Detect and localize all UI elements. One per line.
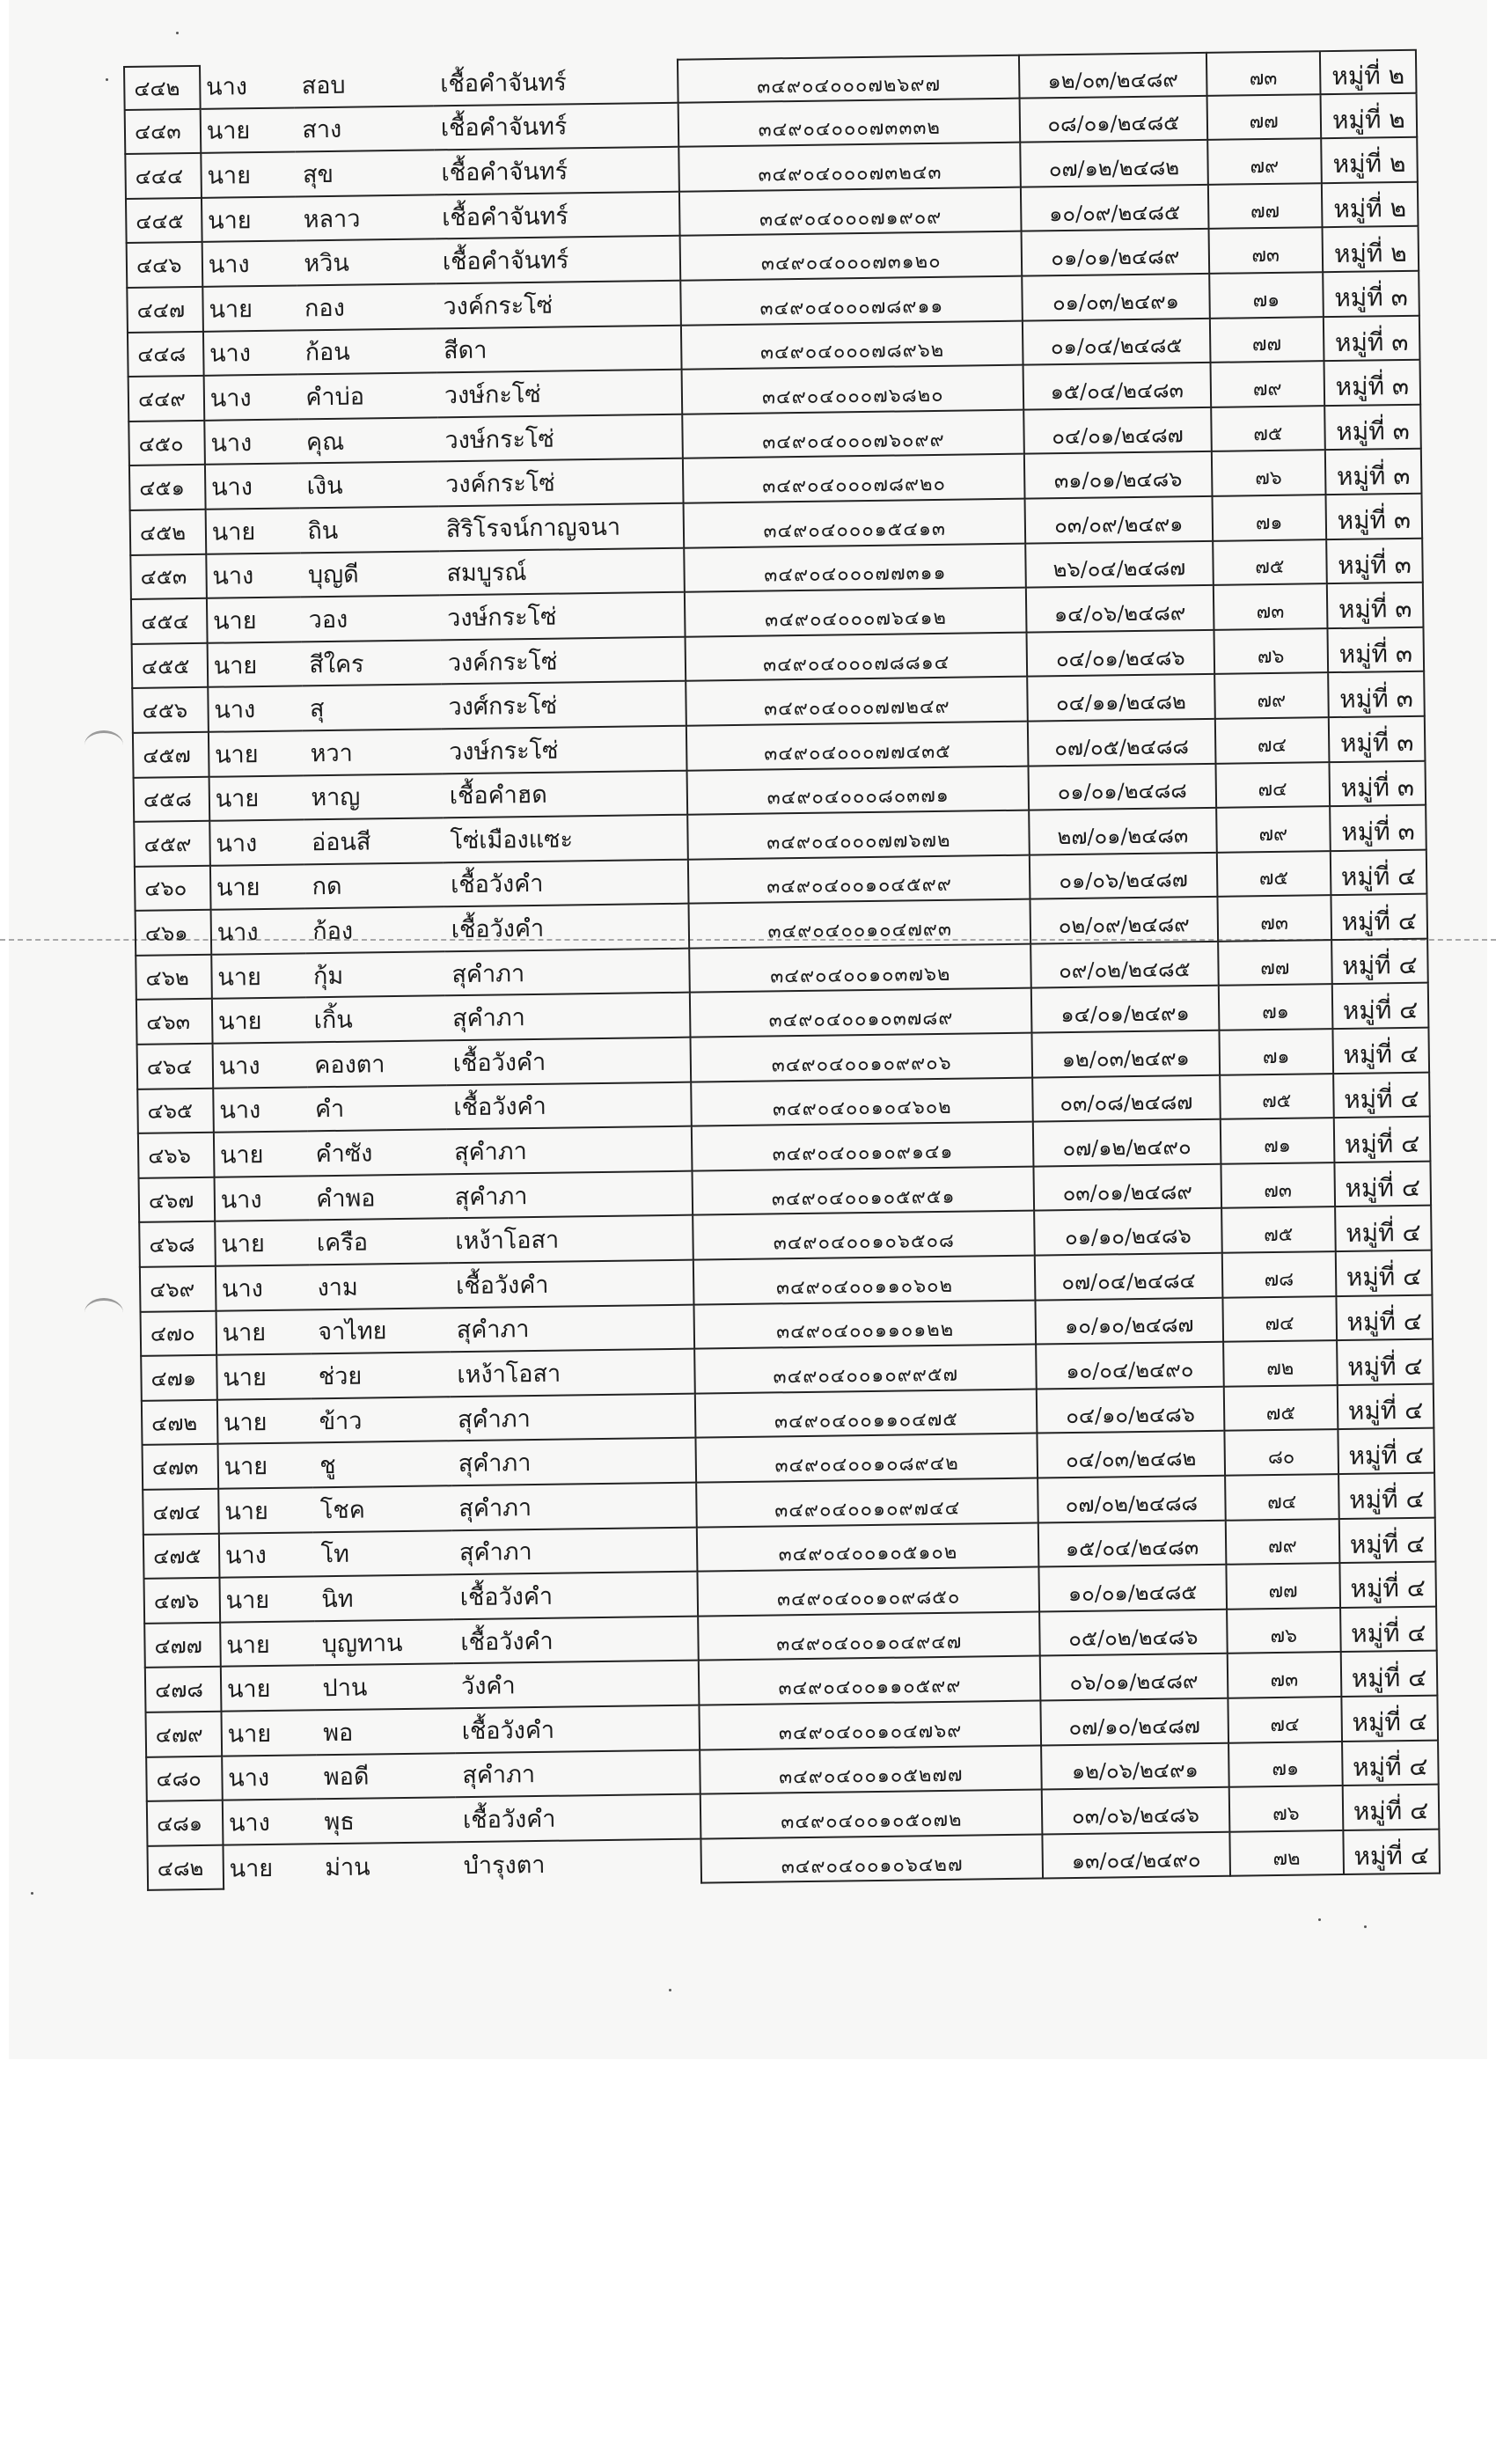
last-name: วงศ์กระโซ่ bbox=[441, 682, 686, 730]
id-number: ๓๔๙๐๔๐๐๐๗๗๖๗๒ bbox=[687, 811, 1029, 861]
age: ๗๙ bbox=[1214, 673, 1328, 719]
row-number: ๔๔๙ bbox=[128, 377, 205, 422]
age: ๗๑ bbox=[1228, 1742, 1342, 1788]
age: ๗๘ bbox=[1221, 1252, 1335, 1298]
name-title: นาย bbox=[202, 153, 296, 199]
village: หมู่ที่ ๒ bbox=[1320, 138, 1419, 184]
birth-date: ๑๓/๐๔/๒๔๙๐ bbox=[1042, 1832, 1229, 1879]
row-number: ๔๕๔ bbox=[130, 599, 208, 645]
birth-date: ๑๐/๑๐/๒๔๘๗ bbox=[1035, 1298, 1222, 1345]
id-number: ๓๔๙๐๔๐๐๑๐๖๔๒๗ bbox=[700, 1835, 1042, 1884]
birth-date: ๑๕/๐๔/๒๔๘๓ bbox=[1038, 1521, 1225, 1567]
first-name: กุ้ม bbox=[306, 952, 445, 999]
name-title: นาย bbox=[222, 1711, 316, 1756]
age: ๗๓ bbox=[1205, 50, 1319, 96]
last-name: สุคำภา bbox=[455, 1750, 700, 1798]
id-number: ๓๔๙๐๔๐๐๐๗๖๔๑๒ bbox=[684, 589, 1025, 638]
age: ๗๒ bbox=[1222, 1341, 1337, 1387]
first-name: พอดี bbox=[317, 1754, 456, 1800]
birth-date: ๐๑/๐๔/๒๔๘๕ bbox=[1022, 319, 1209, 365]
last-name: สุคำภา bbox=[449, 1305, 693, 1353]
id-number: ๓๔๙๐๔๐๐๑๐๕๐๗๒ bbox=[700, 1791, 1041, 1840]
last-name: สุคำภา bbox=[447, 1127, 692, 1175]
id-number: ๓๔๙๐๔๐๐๑๐๓๗๘๙ bbox=[689, 989, 1030, 1038]
first-name: วอง bbox=[301, 596, 440, 642]
row-number: ๔๖๘ bbox=[138, 1222, 216, 1268]
scan-speck bbox=[31, 1892, 33, 1895]
row-number: ๔๕๖ bbox=[131, 688, 209, 734]
last-name: วงษ์กระโซ่ bbox=[442, 727, 686, 774]
row-number: ๔๗๕ bbox=[143, 1534, 220, 1580]
row-number: ๔๖๑ bbox=[135, 911, 212, 957]
name-title: นาย bbox=[211, 865, 305, 911]
village: หมู่ที่ ๔ bbox=[1332, 1073, 1431, 1118]
last-name: วงษ์กระโซ่ bbox=[440, 593, 685, 641]
row-number: ๔๖๗ bbox=[138, 1178, 216, 1224]
last-name: เชื้อวังคำ bbox=[452, 1573, 697, 1620]
last-name: เชื้อวังคำ bbox=[444, 905, 688, 952]
last-name: สุคำภา bbox=[451, 1394, 695, 1441]
last-name: เชื้อคำจันทร์ bbox=[433, 59, 678, 106]
row-number: ๔๗๒ bbox=[141, 1401, 218, 1447]
age: ๗๗ bbox=[1217, 941, 1331, 986]
village: หมู่ที่ ๔ bbox=[1338, 1474, 1436, 1520]
birth-date: ๑๐/๐๔/๒๔๙๐ bbox=[1035, 1343, 1222, 1390]
age: ๗๕ bbox=[1219, 1074, 1333, 1120]
row-number: ๔๔๓ bbox=[124, 109, 202, 155]
age: ๗๗ bbox=[1225, 1564, 1339, 1610]
last-name: เชื้อวังคำ bbox=[454, 1706, 699, 1754]
birth-date: ๐๑/๑๐/๒๔๘๖ bbox=[1033, 1209, 1221, 1256]
village: หมู่ที่ ๔ bbox=[1340, 1697, 1439, 1742]
row-number: ๔๖๕ bbox=[136, 1089, 214, 1134]
name-title: นาย bbox=[209, 776, 304, 822]
last-name: สิริโรจน์กาญจนา bbox=[439, 504, 684, 552]
age: ๗๗ bbox=[1206, 95, 1320, 141]
first-name: สุ bbox=[303, 686, 442, 732]
name-title: นาง bbox=[223, 1756, 317, 1801]
id-number: ๓๔๙๐๔๐๐๐๗๑๙๐๙ bbox=[678, 187, 1020, 237]
first-name: โชค bbox=[313, 1486, 452, 1533]
id-number: ๓๔๙๐๔๐๐๑๐๕๑๐๒ bbox=[696, 1523, 1038, 1573]
birth-date: ๐๔/๐๑/๒๔๘๗ bbox=[1023, 408, 1210, 455]
village: หมู่ที่ ๓ bbox=[1326, 583, 1425, 629]
row-number: ๔๖๖ bbox=[137, 1133, 215, 1179]
row-number: ๔๖๐ bbox=[134, 866, 211, 912]
id-number: ๓๔๙๐๔๐๐๑๐๙๘๕๐ bbox=[697, 1568, 1038, 1617]
village: หมู่ที่ ๓ bbox=[1325, 539, 1424, 584]
last-name: วังคำ bbox=[454, 1661, 699, 1709]
id-number: ๓๔๙๐๔๐๐๐๗๘๘๑๔ bbox=[685, 633, 1026, 682]
village: หมู่ที่ ๓ bbox=[1323, 316, 1421, 362]
name-title: นาง bbox=[216, 1265, 311, 1311]
name-title: นาย bbox=[213, 999, 307, 1045]
first-name: คำ bbox=[308, 1086, 447, 1133]
birth-date: ๐๗/๑๒/๒๔๙๐ bbox=[1032, 1120, 1220, 1167]
first-name: จาไทย bbox=[311, 1309, 450, 1355]
name-title: นาย bbox=[218, 1444, 312, 1490]
last-name: เชื้อคำจันทร์ bbox=[435, 193, 679, 240]
age: ๘๐ bbox=[1223, 1430, 1338, 1476]
birth-date: ๐๑/๐๑/๒๔๘๙ bbox=[1021, 230, 1208, 276]
village: หมู่ที่ ๔ bbox=[1331, 984, 1430, 1030]
last-name: โซ่เมืองแซะ bbox=[443, 816, 687, 863]
id-number: ๓๔๙๐๔๐๐๑๐๙๗๔๔ bbox=[696, 1479, 1038, 1529]
first-name: เกิ้น bbox=[306, 997, 445, 1044]
first-name: ก้อน bbox=[297, 329, 436, 376]
age: ๗๗ bbox=[1206, 184, 1321, 230]
id-number: ๓๔๙๐๔๐๐๐๗๓๑๒๐ bbox=[679, 232, 1021, 282]
birth-date: ๑๔/๐๖/๒๔๘๙ bbox=[1025, 586, 1213, 633]
birth-date: ๐๓/๐๙/๒๔๙๑ bbox=[1024, 497, 1212, 544]
age: ๗๔ bbox=[1221, 1297, 1336, 1343]
last-name: วงษ์กระโซ่ bbox=[437, 414, 682, 462]
village: หมู่ที่ ๓ bbox=[1323, 361, 1421, 407]
name-title: นาย bbox=[203, 286, 297, 332]
last-name: เชื้อคำจันทร์ bbox=[436, 237, 680, 284]
birth-date: ๑๒/๐๓/๒๔๘๙ bbox=[1018, 52, 1206, 99]
last-name: เชื้อคำฮด bbox=[442, 771, 686, 818]
village: หมู่ที่ ๔ bbox=[1333, 1118, 1432, 1163]
age: ๗๖ bbox=[1210, 451, 1324, 497]
last-name: สุคำภา bbox=[452, 1528, 697, 1575]
punch-hole-top bbox=[84, 730, 123, 759]
age: ๗๔ bbox=[1214, 763, 1329, 809]
row-number: ๔๖๒ bbox=[135, 956, 212, 1001]
name-title: นาย bbox=[201, 108, 295, 154]
first-name: กอง bbox=[297, 284, 436, 331]
first-name: ก้อง bbox=[305, 908, 444, 955]
village: หมู่ที่ ๔ bbox=[1335, 1251, 1434, 1297]
row-number: ๔๔๕ bbox=[125, 199, 202, 245]
name-title: นาย bbox=[208, 598, 302, 644]
row-number: ๔๗๘ bbox=[144, 1668, 222, 1713]
age: ๗๒ bbox=[1228, 1831, 1343, 1877]
scan-speck bbox=[106, 78, 108, 81]
row-number: ๔๔๒ bbox=[123, 65, 201, 111]
name-title: นาย bbox=[224, 1844, 318, 1890]
id-number: ๓๔๙๐๔๐๐๑๐๙๑๔๑ bbox=[691, 1123, 1032, 1172]
name-title: นาย bbox=[206, 509, 300, 554]
village: หมู่ที่ ๔ bbox=[1330, 850, 1428, 896]
name-title: นาย bbox=[215, 1133, 309, 1178]
age: ๗๙ bbox=[1215, 807, 1330, 853]
name-title: นาง bbox=[213, 1043, 307, 1089]
village: หมู่ที่ ๓ bbox=[1328, 761, 1426, 807]
birth-date: ๑๒/๐๖/๒๔๙๑ bbox=[1040, 1743, 1228, 1790]
id-number: ๓๔๙๐๔๐๐๐๗๓๒๔๓ bbox=[678, 143, 1020, 193]
birth-date: ๑๐/๐๑/๒๔๘๕ bbox=[1038, 1566, 1226, 1612]
last-name: บำรุงตา bbox=[456, 1839, 700, 1887]
village: หมู่ที่ ๔ bbox=[1337, 1429, 1435, 1475]
id-number: ๓๔๙๐๔๐๐๑๐๔๕๙๙ bbox=[687, 855, 1029, 905]
first-name: สอบ bbox=[294, 62, 433, 108]
name-title: นาง bbox=[205, 420, 299, 466]
birth-date: ๐๑/๐๑/๒๔๘๘ bbox=[1028, 764, 1215, 810]
name-title: นาย bbox=[219, 1488, 313, 1534]
first-name: เครือ bbox=[310, 1220, 449, 1266]
age: ๗๕ bbox=[1215, 852, 1330, 898]
row-number: ๔๗๙ bbox=[145, 1712, 223, 1758]
last-name: เชื้อวังคำ bbox=[446, 1082, 691, 1130]
age: ๗๕ bbox=[1221, 1208, 1335, 1254]
row-number: ๔๗๑ bbox=[140, 1356, 217, 1402]
village: หมู่ที่ ๒ bbox=[1321, 227, 1419, 273]
village: หมู่ที่ ๔ bbox=[1342, 1830, 1441, 1875]
id-number: ๓๔๙๐๔๐๐๑๐๙๙๕๗ bbox=[694, 1346, 1036, 1395]
age: ๗๔ bbox=[1224, 1475, 1338, 1521]
id-number: ๓๔๙๐๔๐๐๐๗๓๓๓๒ bbox=[678, 99, 1019, 148]
first-name: โท bbox=[313, 1531, 452, 1578]
id-number: ๓๔๙๐๔๐๐๐๗๘๙๑๑ bbox=[680, 277, 1022, 326]
last-name: สมบูรณ์ bbox=[439, 548, 684, 596]
age: ๗๓ bbox=[1226, 1653, 1340, 1698]
age: ๗๑ bbox=[1211, 495, 1325, 541]
name-title: นาย bbox=[217, 1355, 312, 1401]
first-name: พอ bbox=[316, 1709, 455, 1756]
village: หมู่ที่ ๓ bbox=[1324, 450, 1423, 495]
last-name: สุคำภา bbox=[451, 1484, 696, 1531]
village: หมู่ที่ ๔ bbox=[1340, 1652, 1439, 1698]
last-name: วงษ์กะโซ่ bbox=[437, 370, 682, 418]
first-name: คำซัง bbox=[308, 1131, 447, 1177]
row-number: ๔๕๗ bbox=[132, 733, 209, 779]
birth-date: ๐๘/๐๑/๒๔๘๕ bbox=[1019, 96, 1206, 143]
age: ๗๕ bbox=[1212, 540, 1326, 586]
age: ๗๙ bbox=[1206, 139, 1321, 185]
last-name: วงค์กระโซ่ bbox=[436, 282, 680, 329]
birth-date: ๑๕/๐๔/๒๔๘๓ bbox=[1023, 363, 1210, 410]
row-number: ๔๖๔ bbox=[136, 1045, 214, 1090]
row-number: ๔๗๐ bbox=[140, 1311, 217, 1357]
first-name: อ่อนสี bbox=[304, 818, 444, 865]
village: หมู่ที่ ๔ bbox=[1339, 1607, 1438, 1653]
id-number: ๓๔๙๐๔๐๐๐๗๖๐๙๙ bbox=[682, 410, 1023, 459]
row-number: ๔๘๒ bbox=[146, 1845, 224, 1891]
name-title: นาย bbox=[221, 1622, 315, 1668]
id-number: ๓๔๙๐๔๐๐๑๐๓๗๖๒ bbox=[689, 944, 1030, 994]
id-number: ๓๔๙๐๔๐๐๑๑๐๖๐๒ bbox=[693, 1257, 1034, 1306]
id-number: ๓๔๙๐๔๐๐๐๗๒๖๙๗ bbox=[677, 55, 1018, 104]
name-title: นาย bbox=[216, 1221, 310, 1267]
last-name: เชื้อวังคำ bbox=[456, 1795, 700, 1843]
village: หมู่ที่ ๔ bbox=[1336, 1340, 1434, 1386]
first-name: หาญ bbox=[304, 774, 443, 821]
row-number: ๔๕๐ bbox=[128, 422, 205, 467]
first-name: คำบ่อ bbox=[298, 374, 437, 421]
scan-speck bbox=[1364, 1925, 1367, 1928]
birth-date: ๓๑/๐๑/๒๔๘๖ bbox=[1023, 452, 1211, 499]
birth-date: ๐๕/๐๒/๒๔๘๖ bbox=[1038, 1610, 1226, 1657]
birth-date: ๐๗/๐๒/๒๔๘๘ bbox=[1037, 1477, 1224, 1523]
id-number: ๓๔๙๐๔๐๐๑๐๔๖๐๒ bbox=[691, 1078, 1032, 1127]
first-name: คองตา bbox=[307, 1041, 446, 1088]
age: ๗๙ bbox=[1224, 1520, 1338, 1566]
birth-date: ๐๔/๐๑/๒๔๘๖ bbox=[1026, 631, 1214, 678]
id-number: ๓๔๙๐๔๐๐๑๐๔๙๔๗ bbox=[698, 1612, 1039, 1661]
age: ๗๑ bbox=[1217, 986, 1331, 1031]
row-number: ๔๗๖ bbox=[143, 1579, 221, 1624]
age: ๗๑ bbox=[1208, 273, 1323, 319]
age: ๗๑ bbox=[1219, 1118, 1333, 1164]
last-name: สุคำภา bbox=[444, 950, 689, 997]
age: ๗๙ bbox=[1209, 362, 1324, 407]
birth-date: ๐๗/๐๕/๒๔๘๘ bbox=[1027, 720, 1214, 766]
village: หมู่ที่ ๔ bbox=[1341, 1741, 1440, 1786]
birth-date: ๐๔/๑๑/๒๔๘๒ bbox=[1026, 675, 1214, 722]
first-name: พุธ bbox=[317, 1798, 456, 1844]
village: หมู่ที่ ๓ bbox=[1329, 806, 1427, 852]
first-name: ปาน bbox=[315, 1665, 454, 1712]
birth-date: ๐๗/๑๒/๒๔๘๒ bbox=[1019, 141, 1206, 187]
scan-speck bbox=[176, 32, 179, 34]
last-name: สุคำภา bbox=[447, 1171, 692, 1219]
first-name: เงิน bbox=[299, 463, 438, 510]
name-title: นาย bbox=[222, 1667, 316, 1712]
name-title: นาง bbox=[215, 1177, 309, 1222]
village: หมู่ที่ ๒ bbox=[1319, 49, 1418, 95]
age: ๗๓ bbox=[1212, 584, 1326, 630]
name-title: นาง bbox=[206, 465, 300, 510]
last-name: เชื้อคำจันทร์ bbox=[434, 148, 678, 195]
village: หมู่ที่ ๓ bbox=[1324, 405, 1422, 451]
village: หมู่ที่ ๔ bbox=[1335, 1295, 1434, 1341]
birth-date: ๑๔/๐๑/๒๔๙๑ bbox=[1030, 986, 1218, 1033]
name-title: นาง bbox=[211, 910, 305, 956]
row-number: ๔๔๖ bbox=[126, 243, 203, 289]
first-name: นิท bbox=[314, 1575, 453, 1622]
row-number: ๔๕๒ bbox=[129, 510, 207, 556]
age: ๗๔ bbox=[1227, 1698, 1341, 1743]
village: หมู่ที่ ๔ bbox=[1331, 940, 1429, 986]
name-title: นาย bbox=[220, 1577, 314, 1623]
row-number: ๔๖๓ bbox=[136, 1000, 213, 1045]
birth-date: ๐๑/๐๖/๒๔๘๗ bbox=[1029, 854, 1216, 900]
birth-date: ๐๑/๐๓/๒๔๙๑ bbox=[1021, 275, 1208, 321]
age: ๗๔ bbox=[1214, 718, 1328, 764]
age: ๗๖ bbox=[1213, 629, 1327, 675]
id-number: ๓๔๙๐๔๐๐๐๘๐๓๗๑ bbox=[686, 766, 1028, 816]
first-name: คุณ bbox=[299, 418, 438, 465]
row-number: ๔๔๘ bbox=[127, 332, 204, 378]
first-name: ชู bbox=[312, 1442, 451, 1489]
village: หมู่ที่ ๒ bbox=[1321, 183, 1419, 229]
row-number: ๔๗๔ bbox=[142, 1490, 219, 1536]
first-name: คำพอ bbox=[309, 1175, 448, 1221]
birth-date: ๐๔/๐๓/๒๔๘๒ bbox=[1037, 1432, 1224, 1478]
village: หมู่ที่ ๓ bbox=[1324, 495, 1423, 540]
id-number: ๓๔๙๐๔๐๐๐๗๗๔๓๕ bbox=[686, 722, 1027, 772]
id-number: ๓๔๙๐๔๐๐๐๑๕๔๑๓ bbox=[683, 500, 1024, 549]
first-name: หวา bbox=[303, 730, 442, 776]
age: ๗๕ bbox=[1210, 407, 1324, 452]
age: ๗๗ bbox=[1208, 318, 1323, 363]
age: ๗๓ bbox=[1216, 896, 1331, 942]
first-name: ถิน bbox=[300, 507, 439, 554]
id-number: ๓๔๙๐๔๐๐๑๐๕๒๗๗ bbox=[700, 1746, 1041, 1795]
punch-hole-bottom bbox=[84, 1298, 123, 1327]
name-title: นาย bbox=[202, 197, 297, 243]
birth-date: ๐๓/๐๖/๒๔๘๖ bbox=[1041, 1788, 1228, 1835]
id-number: ๓๔๙๐๔๐๐๑๑๐๑๒๒ bbox=[693, 1301, 1035, 1350]
age: ๗๓ bbox=[1220, 1163, 1334, 1209]
name-title: นาย bbox=[212, 954, 306, 1000]
birth-date: ๐๙/๐๒/๒๔๘๕ bbox=[1030, 942, 1217, 989]
village: หมู่ที่ ๔ bbox=[1331, 1029, 1430, 1074]
last-name: วงค์กระโซ่ bbox=[438, 459, 683, 507]
name-title: นาง bbox=[210, 820, 304, 866]
scan-speck bbox=[1318, 1918, 1321, 1921]
registry-table: ๔๔๒ นาง สอบ เชื้อคำจันทร์ ๓๔๙๐๔๐๐๐๗๒๖๙๗ … bbox=[123, 49, 1441, 1891]
birth-date: ๐๓/๐๘/๒๔๘๗ bbox=[1031, 1075, 1219, 1122]
row-number: ๔๔๔ bbox=[124, 154, 202, 200]
birth-date: ๑๐/๐๙/๒๔๘๕ bbox=[1020, 186, 1207, 232]
birth-date: ๐๖/๐๑/๒๔๘๙ bbox=[1039, 1654, 1227, 1701]
id-number: ๓๔๙๐๔๐๐๑๐๕๙๕๑ bbox=[692, 1167, 1033, 1216]
first-name: ข้าว bbox=[312, 1397, 451, 1444]
first-name: สีใคร bbox=[302, 641, 441, 687]
first-name: ช่วย bbox=[312, 1353, 451, 1399]
birth-date: ๐๗/๑๐/๒๔๘๗ bbox=[1040, 1699, 1228, 1746]
first-name: สุข bbox=[296, 151, 435, 198]
first-name: บุญทาน bbox=[315, 1620, 454, 1667]
village: หมู่ที่ ๔ bbox=[1342, 1786, 1441, 1831]
row-number: ๔๗๗ bbox=[143, 1623, 221, 1668]
first-name: กด bbox=[304, 863, 444, 910]
name-title: นาย bbox=[208, 642, 302, 688]
name-title: นาง bbox=[201, 63, 295, 109]
last-name: เชื้อวังคำ bbox=[449, 1261, 693, 1309]
name-title: นาง bbox=[209, 687, 303, 733]
first-name: หวิน bbox=[297, 240, 436, 287]
first-name: หลาว bbox=[296, 195, 435, 242]
birth-date: ๐๒/๐๙/๒๔๘๙ bbox=[1030, 898, 1217, 944]
row-number: ๔๕๑ bbox=[128, 466, 206, 511]
row-number: ๔๔๗ bbox=[126, 288, 203, 334]
name-title: นาง bbox=[202, 242, 297, 288]
name-title: นาง bbox=[224, 1800, 318, 1845]
last-name: สุคำภา bbox=[451, 1439, 695, 1486]
age: ๗๑ bbox=[1218, 1030, 1332, 1075]
name-title: นาง bbox=[207, 554, 301, 599]
village: หมู่ที่ ๓ bbox=[1326, 627, 1425, 673]
id-number: ๓๔๙๐๔๐๐๑๑๐๔๗๕ bbox=[694, 1390, 1036, 1439]
last-name: เชื้อวังคำ bbox=[444, 860, 688, 907]
last-name: เชื้อคำจันทร์ bbox=[434, 103, 678, 150]
age: ๗๕ bbox=[1222, 1386, 1337, 1432]
id-number: ๓๔๙๐๔๐๐๑๑๐๕๙๙ bbox=[698, 1657, 1039, 1706]
row-number: ๔๕๕ bbox=[131, 644, 209, 690]
name-title: นาง bbox=[214, 1088, 308, 1133]
row-number: ๔๕๓ bbox=[129, 554, 207, 600]
row-number: ๔๕๘ bbox=[133, 777, 210, 823]
village: หมู่ที่ ๓ bbox=[1327, 672, 1426, 718]
last-name: เชื้อวังคำ bbox=[453, 1617, 698, 1664]
village: หมู่ที่ ๒ bbox=[1319, 93, 1418, 139]
id-number: ๓๔๙๐๔๐๐๑๐๘๙๔๒ bbox=[695, 1434, 1037, 1484]
id-number: ๓๔๙๐๔๐๐๑๐๙๙๐๖ bbox=[690, 1034, 1031, 1083]
row-number: ๔๘๐ bbox=[145, 1756, 223, 1802]
village: หมู่ที่ ๔ bbox=[1338, 1563, 1437, 1609]
id-number: ๓๔๙๐๔๐๐๐๗๘๙๒๐ bbox=[682, 455, 1023, 504]
id-number: ๓๔๙๐๔๐๐๐๗๖๘๒๐ bbox=[681, 366, 1023, 415]
birth-date: ๐๗/๐๔/๒๔๘๔ bbox=[1034, 1254, 1221, 1301]
birth-date: ๒๖/๐๔/๒๔๘๗ bbox=[1024, 541, 1212, 588]
id-number: ๓๔๙๐๔๐๐๑๐๖๕๐๘ bbox=[693, 1212, 1034, 1261]
id-number: ๓๔๙๐๔๐๐๐๗๘๙๖๒ bbox=[680, 321, 1022, 370]
name-title: นาย bbox=[216, 1310, 311, 1356]
last-name: สุคำภา bbox=[445, 994, 690, 1041]
